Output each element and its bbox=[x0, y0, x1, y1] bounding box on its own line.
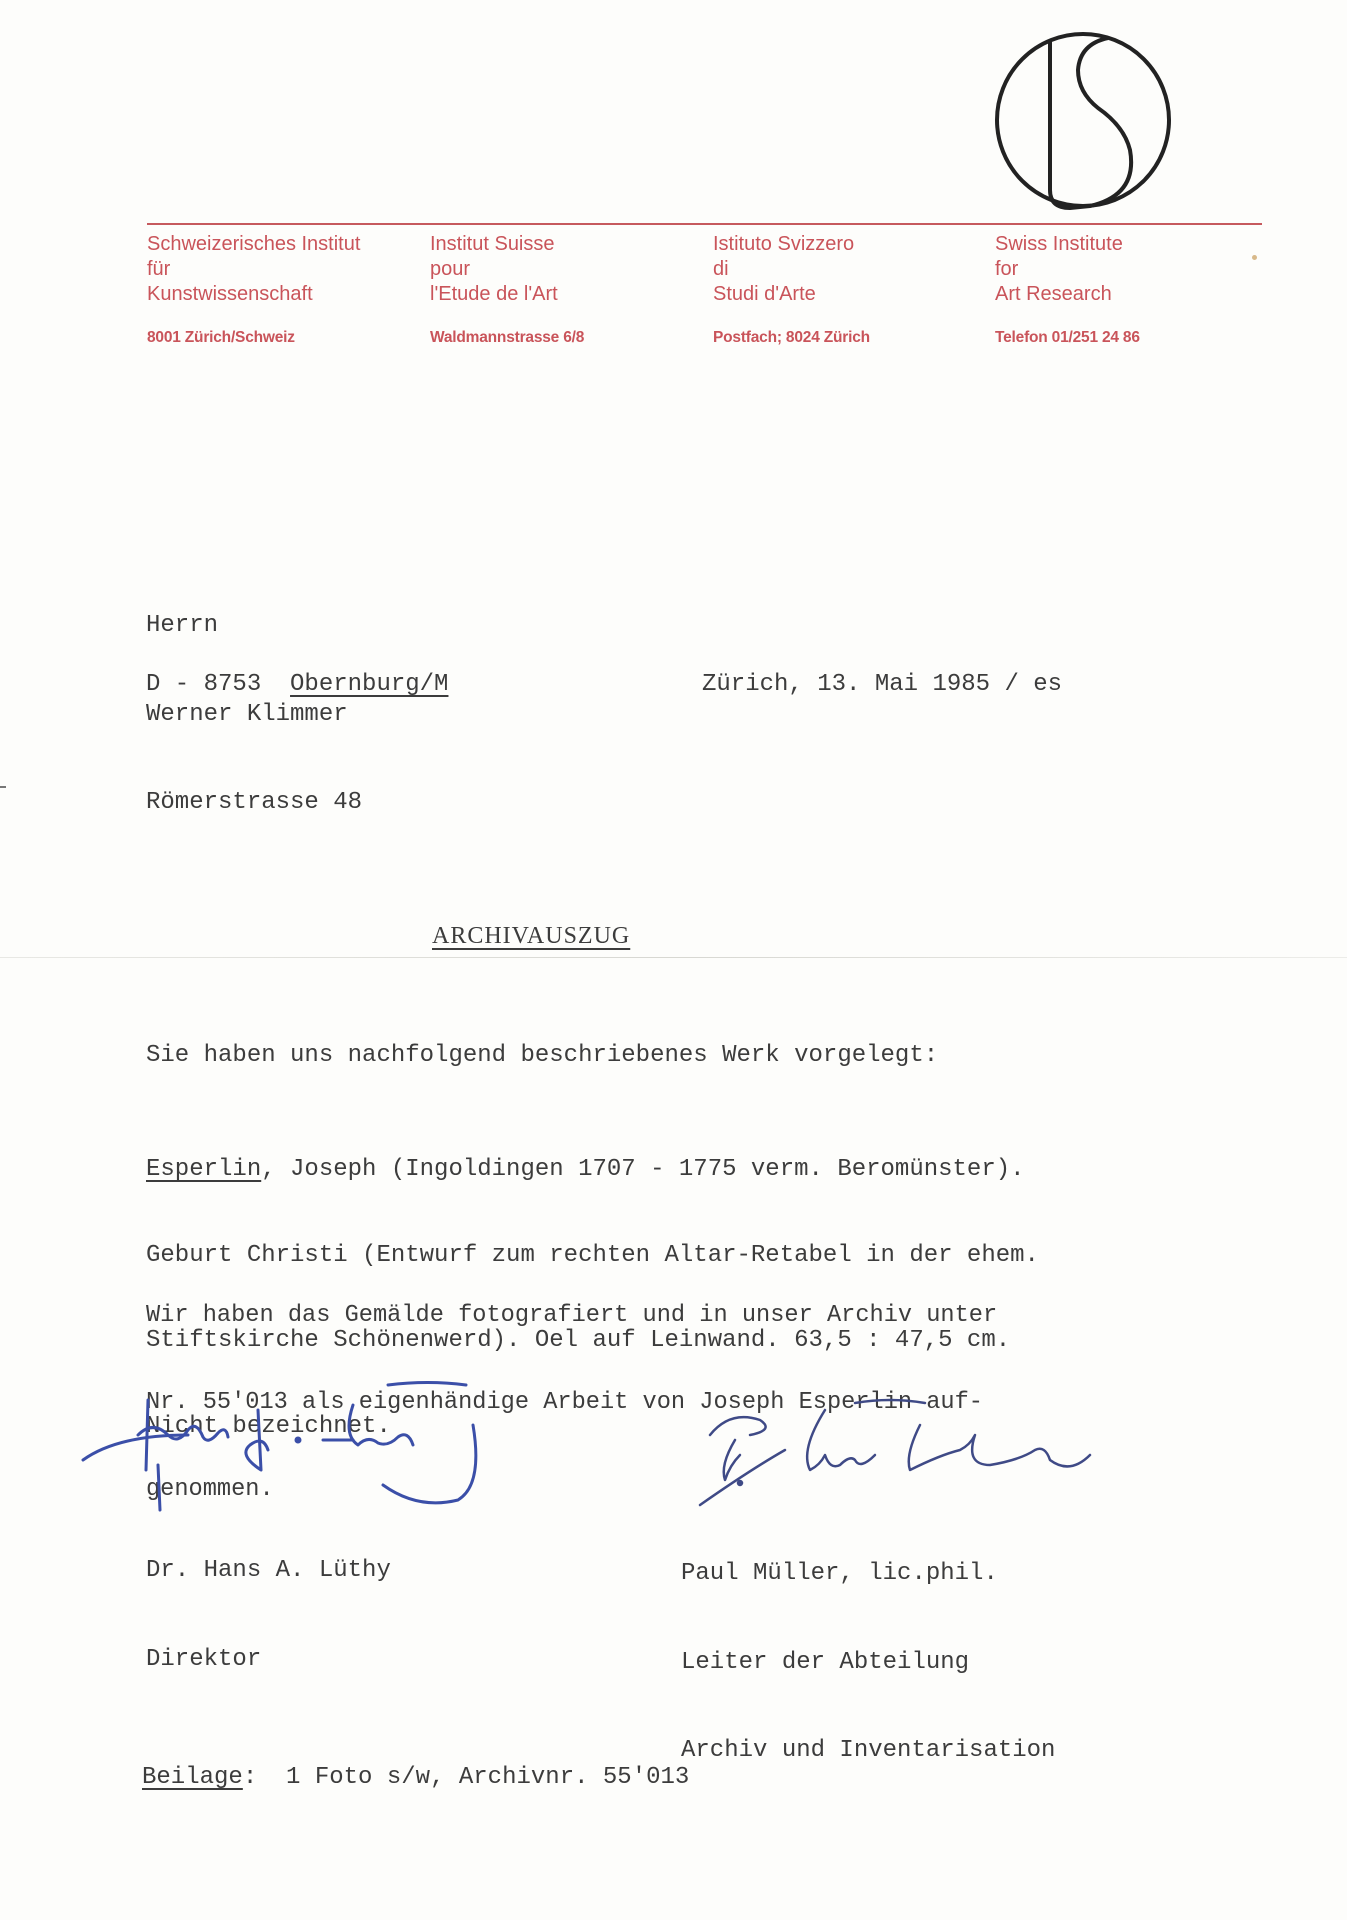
org-phone: Telefon 01/251 24 86 bbox=[995, 325, 1140, 350]
paper-fold-line bbox=[0, 957, 1347, 958]
signatory-luethy: Dr. Hans A. Lüthy Direktor bbox=[146, 1497, 391, 1704]
org-address: Postfach; 8024 Zürich bbox=[713, 325, 870, 350]
org-address: 8001 Zürich/Schweiz bbox=[147, 325, 360, 350]
org-name-line: Art Research bbox=[995, 282, 1140, 307]
org-name-line: pour bbox=[430, 257, 584, 282]
org-name-line: Swiss Institute bbox=[995, 232, 1140, 257]
org-name-line: Schweizerisches Institut bbox=[147, 232, 360, 257]
date-line: Zürich, 13. Mai 1985 / es bbox=[702, 670, 1062, 700]
document-title: ARCHIVAUSZUG bbox=[432, 922, 630, 952]
org-name-line: l'Etude de l'Art bbox=[430, 282, 584, 307]
recipient-postal-code: D - 8753 bbox=[146, 671, 261, 698]
artist-details: , Joseph (Ingoldingen 1707 - 1775 verm. … bbox=[261, 1156, 1024, 1183]
enclosure-line: Beilage: 1 Foto s/w, Archivnr. 55'013 bbox=[142, 1763, 689, 1793]
signatory-name: Paul Müller, lic.phil. bbox=[681, 1559, 1055, 1589]
org-name-line: Istituto Svizzero bbox=[713, 232, 870, 257]
signatory-role: Leiter der Abteilung bbox=[681, 1648, 1055, 1678]
org-name-line: for bbox=[995, 257, 1140, 282]
signatory-role: Direktor bbox=[146, 1645, 391, 1675]
org-name-line: Institut Suisse bbox=[430, 232, 584, 257]
recipient-name: Werner Klimmer bbox=[146, 700, 362, 730]
recipient-city-line: D - 8753 Obernburg/M bbox=[146, 670, 448, 700]
recipient-salutation: Herrn bbox=[146, 611, 362, 641]
intro-sentence: Sie haben uns nachfolgend beschriebenes … bbox=[146, 1041, 938, 1071]
letterhead-rule bbox=[147, 223, 1262, 225]
org-name-line: Kunstwissenschaft bbox=[147, 282, 360, 307]
letterhead-column-german: Schweizerisches Institut für Kunstwissen… bbox=[147, 232, 360, 350]
enclosure-text: 1 Foto s/w, Archivnr. 55'013 bbox=[286, 1764, 689, 1791]
fold-mark bbox=[0, 786, 6, 788]
recipient-city: Obernburg/M bbox=[290, 671, 448, 698]
recipient-address: Herrn Werner Klimmer Römerstrasse 48 bbox=[146, 552, 362, 847]
signatory-name: Dr. Hans A. Lüthy bbox=[146, 1556, 391, 1586]
letterhead-column-french: Institut Suisse pour l'Etude de l'Art Wa… bbox=[430, 232, 584, 350]
letterhead-column-english: Swiss Institute for Art Research Telefon… bbox=[995, 232, 1140, 350]
artist-surname: Esperlin bbox=[146, 1156, 261, 1183]
signature-mueller-icon bbox=[690, 1395, 1140, 1515]
signatory-mueller: Paul Müller, lic.phil. Leiter der Abteil… bbox=[681, 1500, 1055, 1795]
org-name-line: Studi d'Arte bbox=[713, 282, 870, 307]
paper-speck bbox=[1252, 255, 1257, 260]
signatory-role: Archiv und Inventarisation bbox=[681, 1736, 1055, 1766]
org-address: Waldmannstrasse 6/8 bbox=[430, 325, 584, 350]
paragraph-line: Wir haben das Gemälde fotografiert und i… bbox=[146, 1301, 997, 1330]
enclosure-colon: : bbox=[243, 1764, 257, 1791]
enclosure-label: Beilage bbox=[142, 1764, 243, 1791]
letterhead-column-italian: Istituto Svizzero di Studi d'Arte Postfa… bbox=[713, 232, 870, 350]
org-name-line: für bbox=[147, 257, 360, 282]
institute-logo-icon bbox=[990, 30, 1176, 210]
recipient-street: Römerstrasse 48 bbox=[146, 788, 362, 818]
org-name-line: di bbox=[713, 257, 870, 282]
